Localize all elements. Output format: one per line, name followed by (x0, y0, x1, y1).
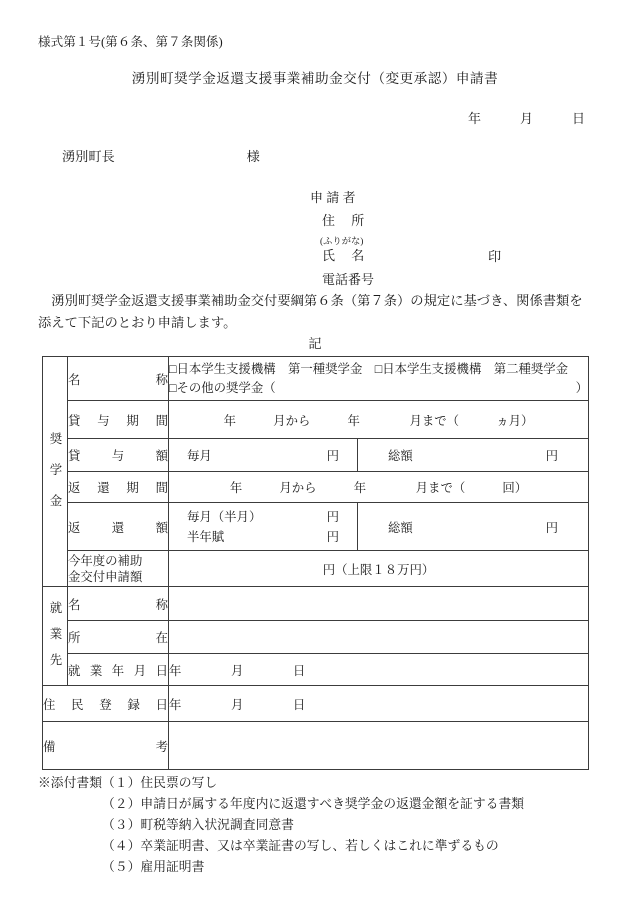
note-item-5: （５）雇用証明書 (38, 857, 613, 878)
applicant-heading: 申 請 者 (310, 187, 356, 206)
repay-amount-semiannual: 半年賦 円 (169, 527, 357, 547)
row-label-residence-date: 住 民 登 録 日 (43, 686, 169, 722)
monthly-label: 毎月 (187, 446, 212, 464)
checkbox-line-jasso: □日本学生支援機構 第一種奨学金 □日本学生支援機構 第二種奨学金 (169, 360, 588, 379)
section-scholarship-label: 奨学金 (46, 432, 64, 525)
row-label-request-amount: 今年度の補助 金交付申請額 (68, 551, 169, 587)
date-line: 年 月 日 (468, 108, 585, 127)
note-item-4: （４）卒業証明書、又は卒業証書の写し、若しくはこれに準ずるもの (38, 836, 613, 857)
row-label-employer-location: 所 在 (68, 621, 169, 654)
repay-amount-installment-cell: 毎月（半月） 円 半年賦 円 (169, 503, 358, 551)
employer-name-cell (169, 587, 589, 621)
yen-unit: 円 (327, 527, 339, 547)
form-page: 様式第１号(第６条、第７条関係) 湧別町奨学金返還支援事業補助金交付（変更承認）… (0, 0, 630, 903)
attachment-notes: ※添付書類（１）住民票の写し （２）申請日が属する年度内に返還すべき奨学金の返還… (38, 773, 613, 878)
yen-unit: 円 (546, 518, 558, 536)
section-scholarship: 奨学金 (43, 357, 68, 587)
yen-unit: 円 (327, 507, 339, 527)
scholarship-name-cell: □日本学生支援機構 第一種奨学金 □日本学生支援機構 第二種奨学金 □その他の奨… (169, 357, 589, 401)
repay-amount-total: 総額 円 (358, 518, 588, 536)
repay-period-cell: 年 月から 年 月まで（ 回） (169, 472, 589, 503)
row-label-remarks: 備 考 (43, 722, 169, 770)
loan-amount-total-cell: 総額 円 (358, 439, 589, 472)
monthly-half-label: 毎月（半月） (187, 507, 261, 527)
section-employment: 就業先 (43, 587, 68, 686)
repay-amount-total-cell: 総額 円 (358, 503, 589, 551)
section-employment-label: 就業先 (46, 601, 64, 679)
yen-unit: 円 (546, 446, 558, 464)
loan-period-cell: 年 月から 年 月まで（ ヵ月） (169, 401, 589, 439)
loan-amount-monthly-cell: 毎月 円 (169, 439, 358, 472)
row-label-repay-period: 返 還 期 間 (68, 472, 169, 503)
record-heading: 記 (0, 333, 630, 352)
remarks-cell (169, 722, 589, 770)
note-item-2: （２）申請日が属する年度内に返還すべき奨学金の返還金額を証する書類 (38, 794, 613, 815)
total-label: 総額 (388, 446, 413, 464)
phone-label: 電話番号 (322, 269, 374, 288)
row-label-employer-name: 名 称 (68, 587, 169, 621)
row-label-loan-amount: 貸 与 額 (68, 439, 169, 472)
seal-mark: 印 (488, 246, 501, 265)
name-label: 氏 名 (322, 245, 364, 264)
employer-location-cell (169, 621, 589, 654)
note-item-1: （１）住民票の写し (102, 776, 217, 790)
total-label: 総額 (388, 518, 413, 536)
row-label-repay-amount: 返 還 額 (68, 503, 169, 551)
row-label-employment-date: 就 業 年 月 日 (68, 654, 169, 686)
address-label: 住 所 (322, 210, 364, 229)
request-amount-cell: 円（上限１８万円） (169, 551, 589, 587)
loan-amount-monthly: 毎月 円 (169, 446, 357, 464)
body-paragraph: 湧別町奨学金返還支援事業補助金交付要綱第６条（第７条）の規定に基づき、関係書類を… (38, 290, 592, 334)
semiannual-label: 半年賦 (187, 527, 224, 547)
repay-amount-monthly: 毎月（半月） 円 (169, 507, 357, 527)
checkbox-other-scholarship: □その他の奨学金（ (169, 379, 276, 398)
row-label-scholarship-name: 名 称 (68, 357, 169, 401)
form-number: 様式第１号(第６条、第７条関係) (38, 31, 223, 50)
notes-prefix: ※添付書類 (38, 776, 102, 790)
close-paren: ） (576, 379, 588, 398)
note-line-1: ※添付書類（１）住民票の写し (38, 773, 613, 794)
note-item-3: （３）町税等納入状況調査同意書 (38, 815, 613, 836)
loan-amount-total: 総額 円 (358, 446, 588, 464)
employment-date-cell: 年 月 日 (169, 654, 589, 686)
addressee-line: 湧別町長 様 (62, 146, 260, 165)
row-label-loan-period: 貸 与 期 間 (68, 401, 169, 439)
application-table: 奨学金 名 称 □日本学生支援機構 第一種奨学金 □日本学生支援機構 第二種奨学… (42, 356, 589, 770)
residence-date-cell: 年 月 日 (169, 686, 589, 722)
checkbox-line-other: □その他の奨学金（ ） (169, 379, 588, 398)
yen-unit: 円 (327, 446, 339, 464)
document-title: 湧別町奨学金返還支援事業補助金交付（変更承認）申請書 (0, 67, 630, 87)
